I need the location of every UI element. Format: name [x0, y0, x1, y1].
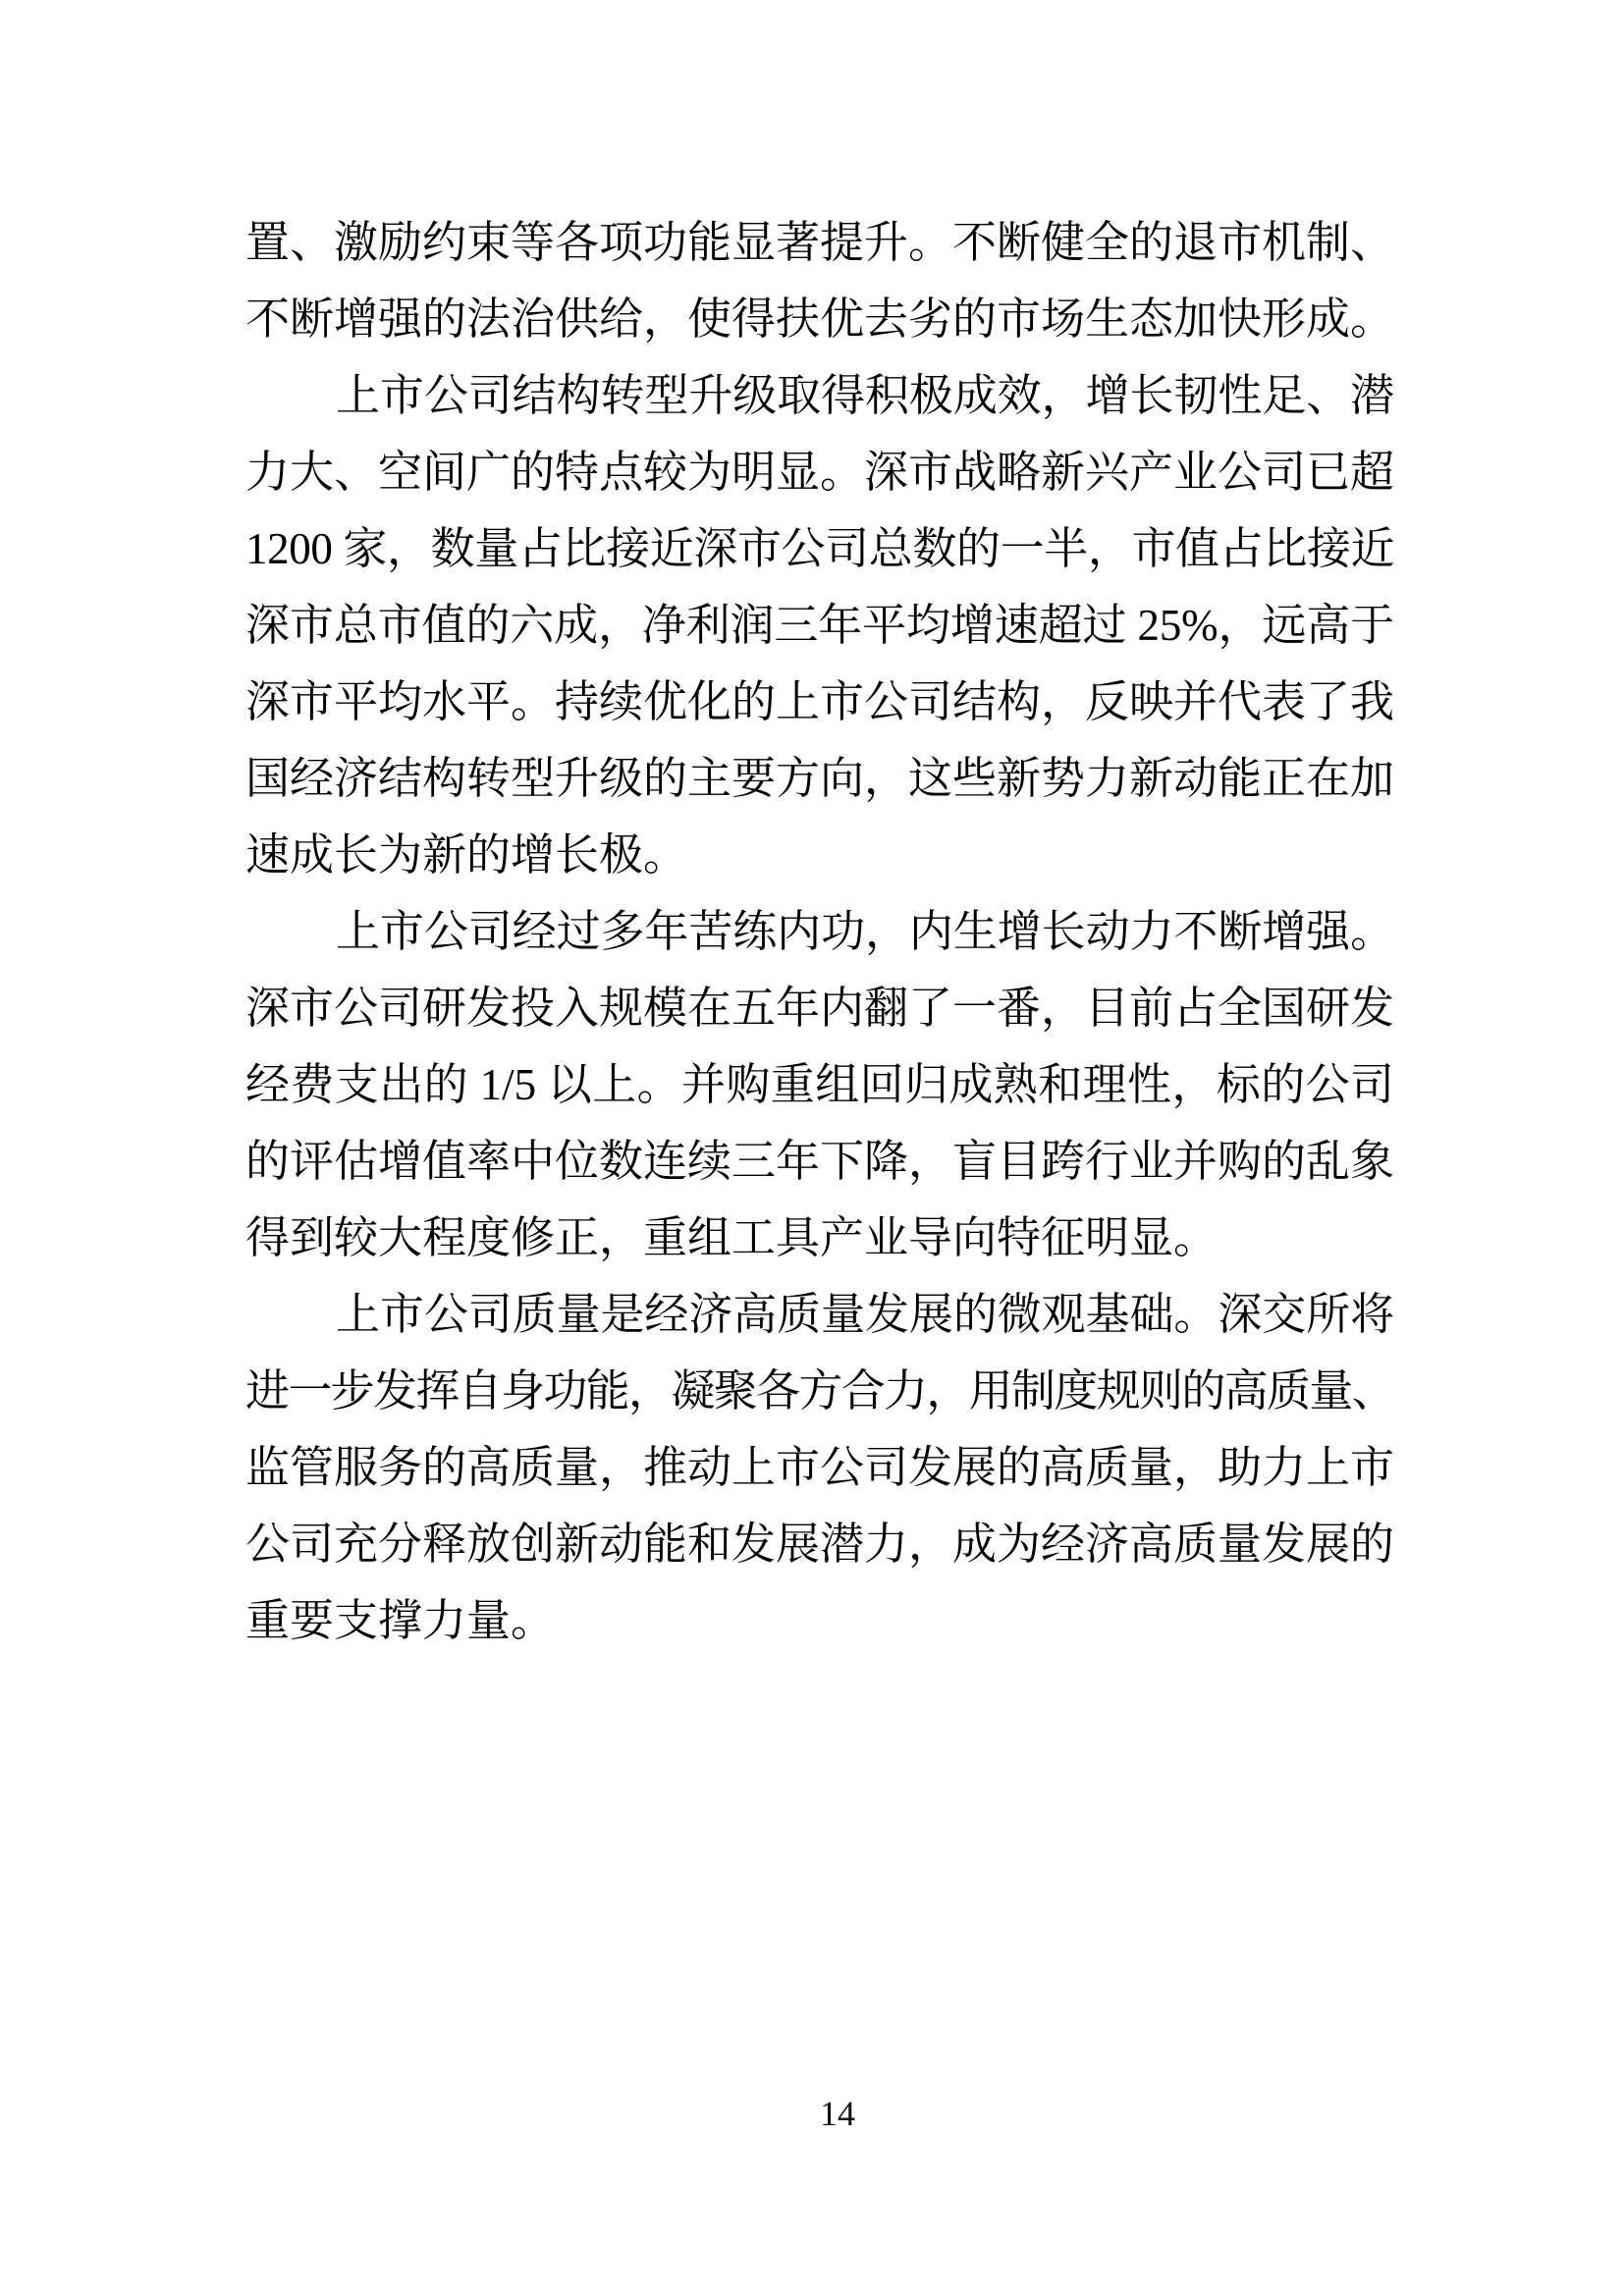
text-line: 国经济结构转型升级的主要方向，这些新势力新动能正在加: [245, 740, 1394, 817]
text-line: 深市总市值的六成，净利润三年平均增速超过 25%，远高于: [245, 587, 1394, 664]
paragraph: 置、激励约束等各项功能显著提升。不断健全的退市机制、不断增强的法治供给，使得扶优…: [245, 204, 1394, 357]
text-line: 监管服务的高质量，推动上市公司发展的高质量，助力上市: [245, 1429, 1394, 1506]
text-line: 力大、空间广的特点较为明显。深市战略新兴产业公司已超: [245, 434, 1394, 510]
text-line: 上市公司质量是经济高质量发展的微观基础。深交所将: [245, 1276, 1394, 1353]
text-line: 置、激励约束等各项功能显著提升。不断健全的退市机制、: [245, 204, 1394, 281]
text-line: 公司充分释放创新动能和发展潜力，成为经济高质量发展的: [245, 1506, 1394, 1582]
text-line: 上市公司经过多年苦练内功，内生增长动力不断增强。: [245, 893, 1394, 970]
text-line: 得到较大程度修正，重组工具产业导向特征明显。: [245, 1200, 1394, 1276]
page-number: 14: [26, 2093, 1624, 2134]
document-page: 置、激励约束等各项功能显著提升。不断健全的退市机制、不断增强的法治供给，使得扶优…: [0, 0, 1624, 2296]
text-line: 不断增强的法治供给，使得扶优去劣的市场生态加快形成。: [245, 281, 1394, 357]
paragraph: 上市公司结构转型升级取得积极成效，增长韧性足、潜力大、空间广的特点较为明显。深市…: [245, 357, 1394, 893]
paragraph: 上市公司质量是经济高质量发展的微观基础。深交所将进一步发挥自身功能，凝聚各方合力…: [245, 1276, 1394, 1659]
text-line: 进一步发挥自身功能，凝聚各方合力，用制度规则的高质量、: [245, 1353, 1394, 1429]
text-line: 的评估增值率中位数连续三年下降，盲目跨行业并购的乱象: [245, 1123, 1394, 1200]
text-line: 速成长为新的增长极。: [245, 817, 1394, 893]
text-line: 深市平均水平。持续优化的上市公司结构，反映并代表了我: [245, 664, 1394, 740]
text-line: 上市公司结构转型升级取得积极成效，增长韧性足、潜: [245, 357, 1394, 434]
text-line: 经费支出的 1/5 以上。并购重组回归成熟和理性，标的公司: [245, 1046, 1394, 1123]
text-line: 深市公司研发投入规模在五年内翻了一番，目前占全国研发: [245, 970, 1394, 1046]
text-line: 重要支撑力量。: [245, 1582, 1394, 1659]
paragraph: 上市公司经过多年苦练内功，内生增长动力不断增强。深市公司研发投入规模在五年内翻了…: [245, 893, 1394, 1276]
body-text: 置、激励约束等各项功能显著提升。不断健全的退市机制、不断增强的法治供给，使得扶优…: [245, 204, 1394, 1659]
text-line: 1200 家，数量占比接近深市公司总数的一半，市值占比接近: [245, 510, 1394, 587]
